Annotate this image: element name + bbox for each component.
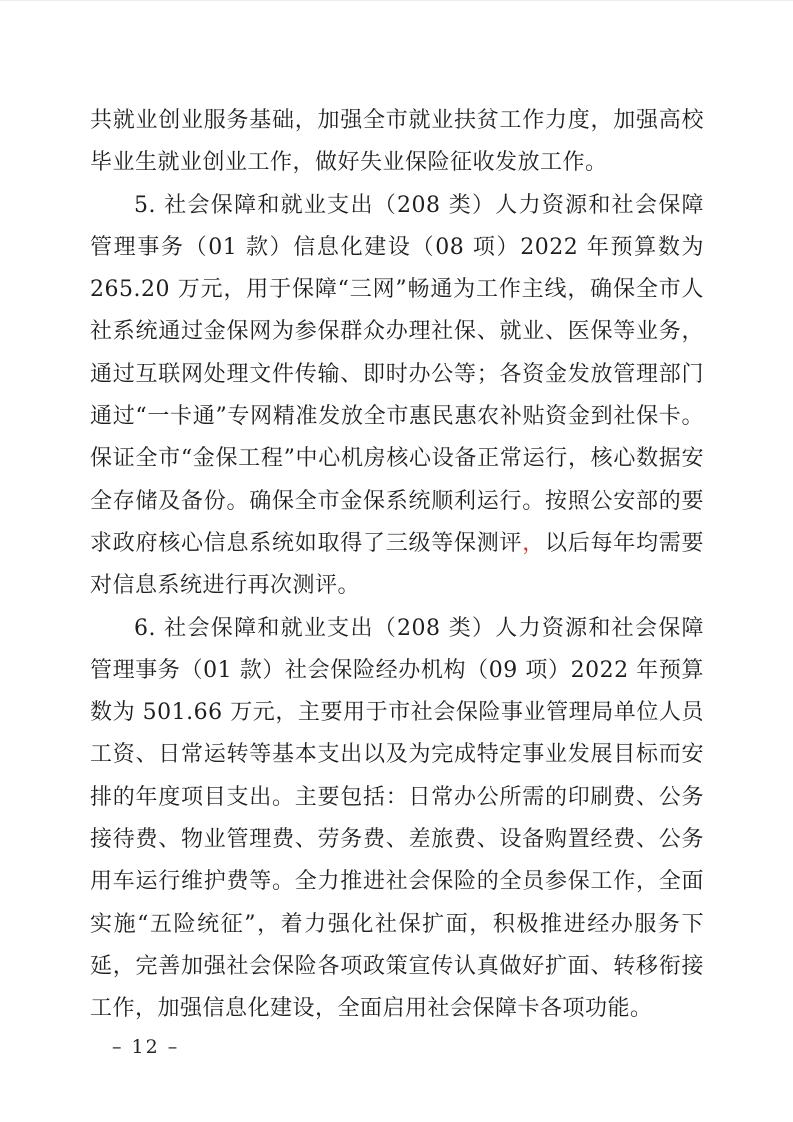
paragraph-continuation: 共就业创业服务基础，加强全市就业扶贫工作力度，加强高校毕业生就业创业工作，做好失… (90, 100, 704, 185)
document-page: 共就业创业服务基础，加强全市就业扶贫工作力度，加强高校毕业生就业创业工作，做好失… (0, 0, 793, 1122)
page-footer: – 12 – (112, 1033, 179, 1061)
paragraph-6-text: 6. 社会保障和就业支出（208 类）人力资源和社会保障管理事务（01 款）社会… (90, 616, 704, 1022)
paragraph-item-6: 6. 社会保障和就业支出（208 类）人力资源和社会保障管理事务（01 款）社会… (90, 608, 704, 1031)
paragraph-continuation-text: 共就业创业服务基础，加强全市就业扶贫工作力度，加强高校毕业生就业创业工作，做好失… (90, 108, 704, 175)
paragraph-item-5: 5. 社会保障和就业支出（208 类）人力资源和社会保障管理事务（01 款）信息… (90, 185, 704, 608)
page-number: – 12 – (112, 1036, 179, 1058)
paragraph-5-text-before-red-comma: 5. 社会保障和就业支出（208 类）人力资源和社会保障管理事务（01 款）信息… (90, 193, 704, 556)
red-comma-character: ， (522, 531, 545, 556)
document-body: 共就业创业服务基础，加强全市就业扶贫工作力度，加强高校毕业生就业创业工作，做好失… (90, 100, 704, 1031)
